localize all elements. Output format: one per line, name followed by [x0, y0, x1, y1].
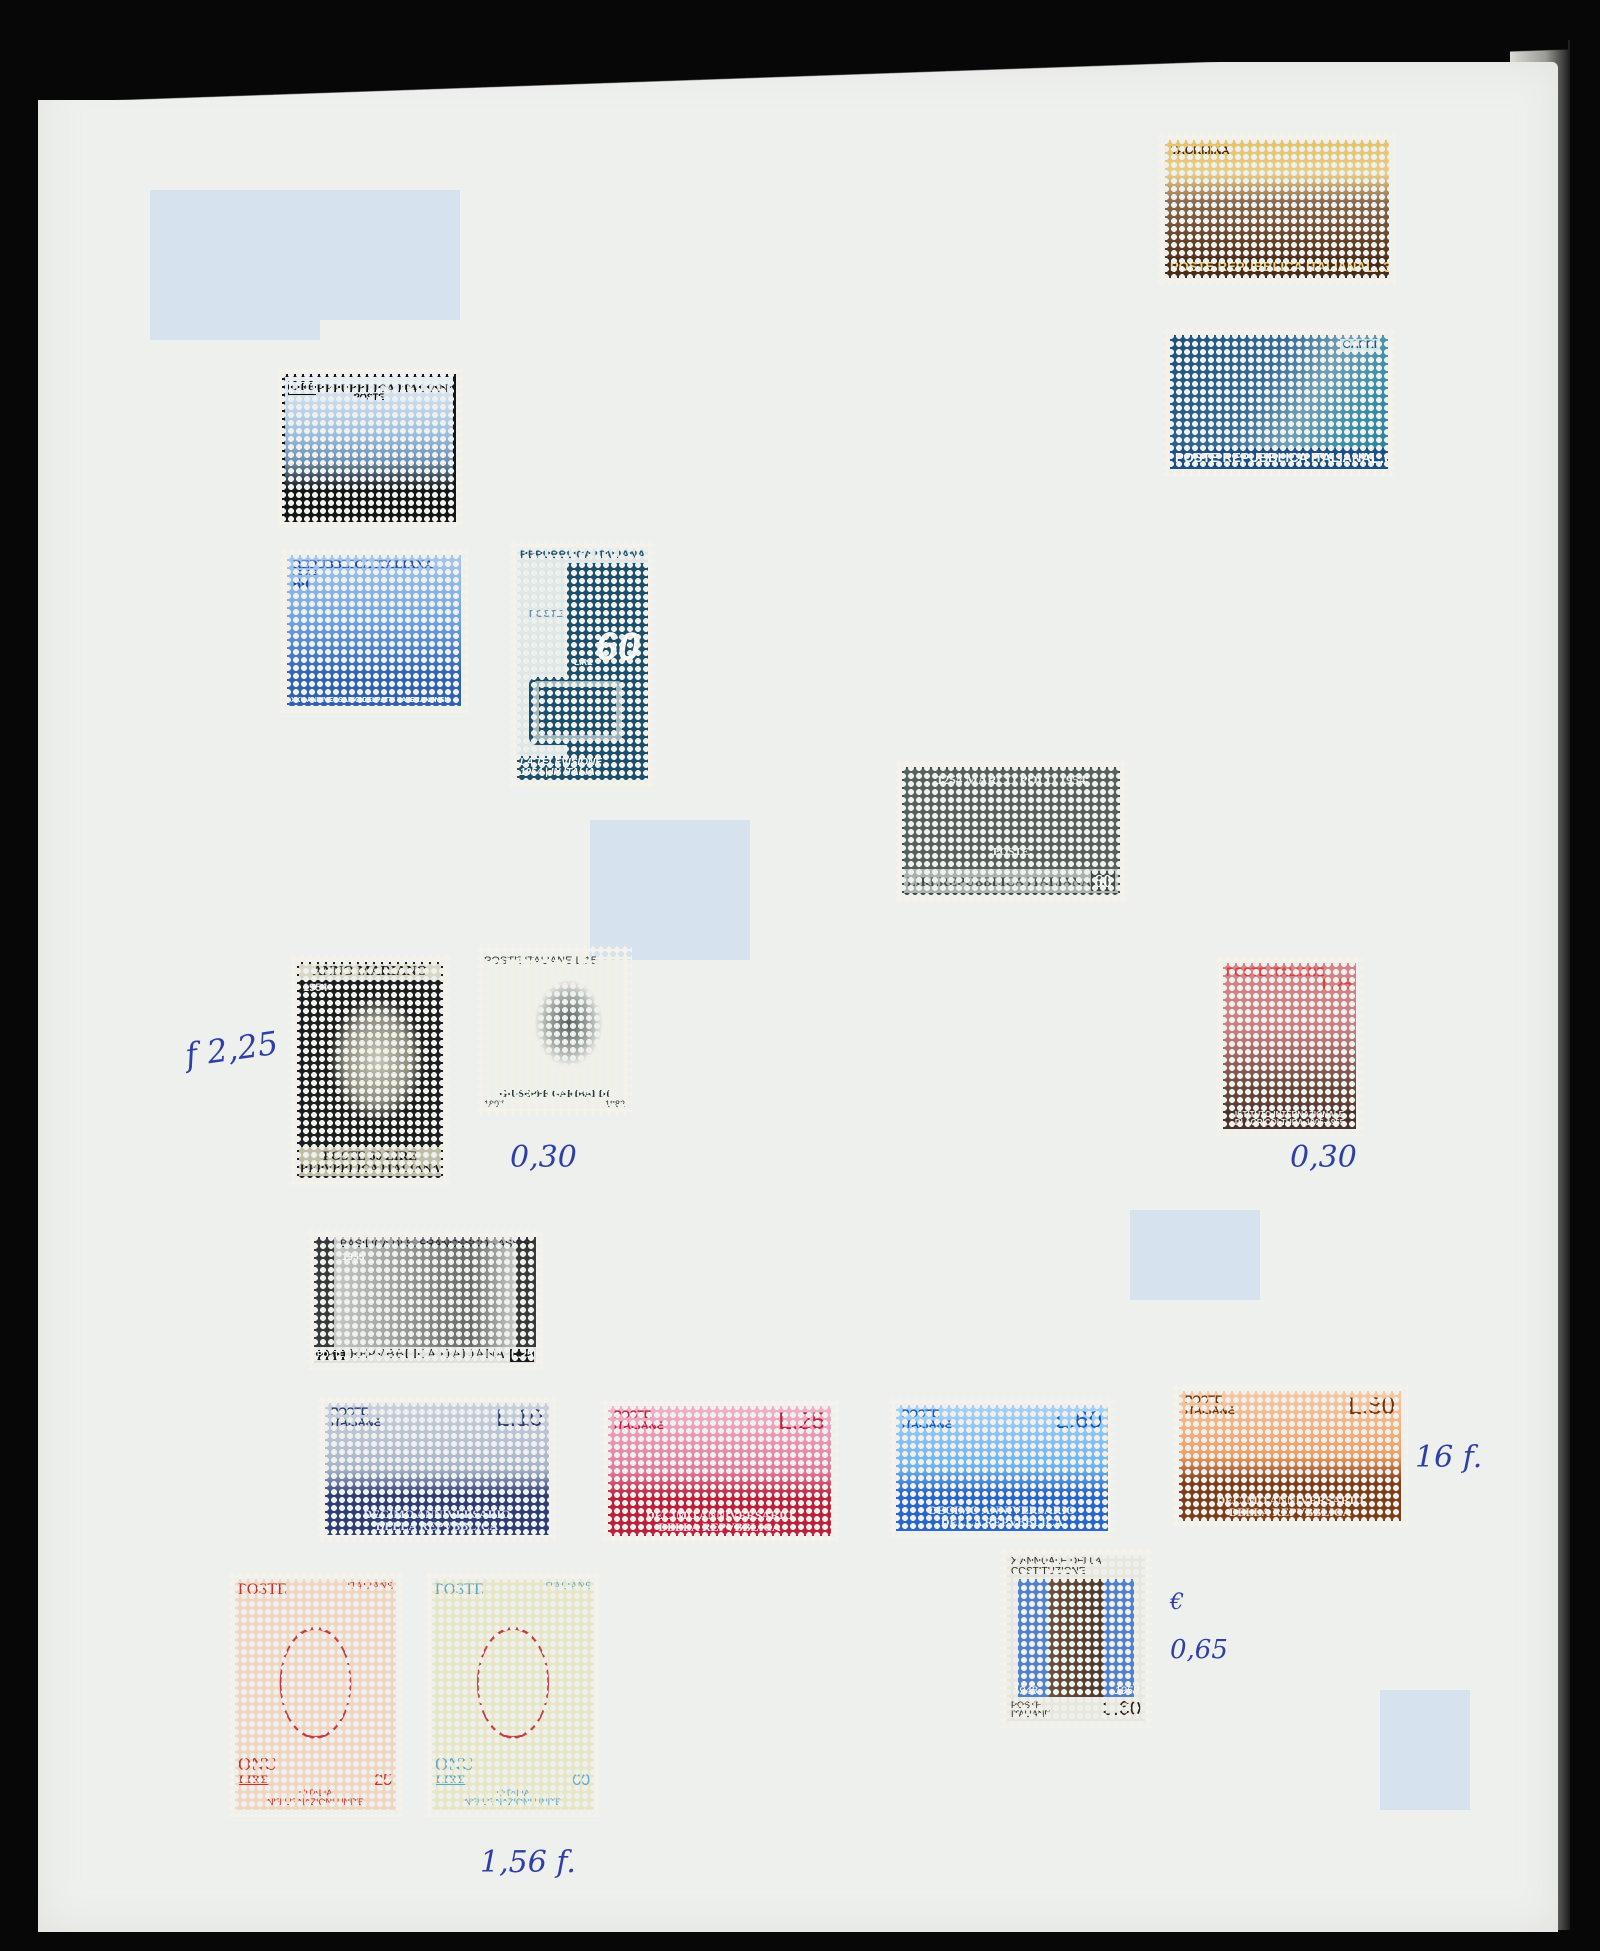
stamp-country: POSTE ITALIANE	[614, 1410, 669, 1434]
stamp-year: 1882	[605, 1100, 625, 1109]
stamp-year: 1948	[1013, 1686, 1037, 1697]
handwritten-price-note: 0,30	[510, 1140, 577, 1175]
stamp-year: 1958	[1115, 1686, 1139, 1697]
stamp-country: ITALIANE	[545, 1582, 591, 1598]
stamp-televisione[interactable]: REPUBBLICA ITALIANA POSTE LIRE 60 LA TEL…	[510, 541, 655, 787]
stamp-assisi[interactable]: BASILICA DI S. FRANCESCO - ASSISI 1955 P…	[307, 1230, 543, 1370]
stamp-value: L.25	[510, 1349, 534, 1362]
stamp-year: 1807	[484, 1100, 504, 1109]
stamp-decimo-anniversario-60[interactable]: POSTE ITALIANE L.60 DECIMO ANNIVERSARIO …	[889, 1398, 1115, 1538]
stamp-title: ANNO MARIANO	[299, 964, 441, 980]
stamp-caption: DELLA REPVBBLICA	[658, 1521, 780, 1533]
stamp-country: REPVBBLICA ITALIANA	[300, 1162, 440, 1174]
stamp-caption: XXV ANNIVERSARIO DEI PATTI LATERANENSI	[287, 695, 461, 706]
stamp-country: ITALIANE	[347, 1582, 393, 1598]
stamp-caption: DELLA REPVBBLICA	[1229, 1506, 1351, 1518]
stamp-unit: LIRE	[574, 659, 592, 667]
stamp-org: ONU	[238, 1755, 396, 1773]
stamp-subtext: POSTE	[529, 610, 648, 620]
stamp-unit: LIRE	[907, 875, 939, 888]
stamp-subtext: POSTE	[293, 570, 461, 577]
stamp-unit: POSTE	[316, 1350, 345, 1360]
ghost-mark	[150, 190, 320, 340]
page-top-shadow	[38, 40, 1568, 100]
stamp-country: POSTE REPUBBLICA ITALIANA	[1175, 451, 1371, 466]
stamp-decimo-anniversario-10[interactable]: POSTE ITALIANE L.10 DECIMO ANNIVERSARIO …	[318, 1396, 556, 1542]
stamp-country: REPVBBLICA ITALIANA	[350, 1348, 506, 1362]
stamp-name: GIUSEPPE GARIBALDI	[499, 1090, 609, 1100]
stamp-country: POSTE ITALIANE L.15	[484, 956, 625, 967]
stamp-decimo-anniversario-25[interactable]: POSTE ITALIANE L.25 DECIMO ANNIVERSARIO …	[601, 1399, 838, 1543]
stamp-capri[interactable]: CAPRI POSTE REPUBBLICA ITALIANA L.60	[1163, 328, 1395, 476]
stamp-value: L. 35	[1366, 260, 1389, 275]
stamp-country: REPUBBLICA ITALIANA	[316, 382, 456, 394]
handwritten-currency-mark: €	[1170, 1590, 1184, 1615]
stamp-value: L.60	[1102, 1699, 1141, 1719]
stamp-caption: DI AGRICOLTURA·1905·1955	[1235, 1119, 1344, 1127]
handwritten-price-note: 1,56 f.	[480, 1845, 576, 1880]
stamp-value: L.10	[496, 1407, 543, 1431]
stamp-country: REPUBBLICA ITALIANA	[939, 875, 1091, 888]
stamp-year: 1955	[342, 1253, 536, 1263]
stamp-patti-lateranensi[interactable]: REPUBBLICA ITALIANA POSTE 60 XXV ANNIVER…	[280, 548, 468, 713]
ghost-mark	[590, 820, 750, 960]
stamp-value: 60	[293, 577, 461, 593]
stamp-value: 60	[572, 1773, 590, 1789]
stamp-country: POSTE REPUBBLICA ITALIANA	[1170, 260, 1366, 275]
stamp-repubblica-60-airplane[interactable]: LIRE REPUBBLICA ITALIANA 60 POSTE	[275, 367, 463, 529]
stamp-value: 60	[596, 627, 641, 667]
stamp-country: REPUBBLICA ITALIANA	[293, 558, 461, 570]
stamp-caption: NELLE NAZIONI UNITE	[267, 1798, 364, 1807]
stamp-caption: CAPRI	[1340, 339, 1380, 352]
stamp-value: L.25	[1322, 977, 1352, 992]
stamp-title: COSTITUZIONE	[1011, 1567, 1141, 1577]
stamp-country: POSTE ITALIANE	[331, 1407, 386, 1431]
stamp-unit: LIRE	[239, 1773, 268, 1789]
handwritten-price-note: 0,65	[1170, 1635, 1228, 1665]
ghost-mark	[1130, 1210, 1260, 1300]
stamp-garibaldi[interactable]: POSTE ITALIANE L.15 GIUSEPPE GARIBALDI 1…	[477, 946, 632, 1116]
tv-screen	[529, 677, 626, 745]
stamp-agricoltura[interactable]: POSTE ITALIANE L.25 ISTITUTO INTERNAZION…	[1216, 956, 1363, 1136]
stamp-caption: DELLA REPVBBLICA	[376, 1520, 498, 1532]
stamp-caption: TAORMINA	[1171, 146, 1389, 157]
stamp-title: BASILICA DI S. FRANCESCO - ASSISI	[340, 1239, 536, 1250]
stamp-unit: LIRE	[288, 381, 316, 395]
stamp-country: POSTE	[435, 1582, 484, 1598]
stamp-country: POSTE	[238, 1582, 287, 1598]
stamp-country: REPUBBLICA ITALIANA	[517, 548, 648, 563]
stamp-caption: DELLA REPVBBLICA	[941, 1516, 1063, 1528]
ghost-mark	[1380, 1690, 1470, 1810]
stamp-country: POSTE ITALIANE	[1011, 1701, 1061, 1719]
handwritten-price-note: 16 f.	[1415, 1440, 1482, 1475]
stamp-org: ONU	[435, 1755, 594, 1773]
stamp-value: L.80	[1348, 1395, 1395, 1419]
stamp-decimo-anniversario-80[interactable]: POSTE ITALIANE L.80 DECIMO ANNIVERSARIO …	[1172, 1384, 1408, 1528]
stamp-onu-60[interactable]: POSTE ITALIANE ONU LIRE 60 L'ITALIA NELL…	[425, 1572, 601, 1817]
stamp-costituzione[interactable]: X ANNUALE DELLA COSTITUZIONE 1948 1958 P…	[1000, 1548, 1152, 1728]
stamp-marco-polo[interactable]: 1254 MARCO POLO 1954 POSTE LIRE REPUBBLI…	[895, 760, 1127, 902]
stamp-country: POSTE ITALIANE	[1185, 1395, 1240, 1419]
stamp-subtext: POSTE	[993, 847, 1029, 858]
stamp-caption: 1954 | IN ITALIA	[520, 768, 645, 778]
stamp-subtext: POSTE	[354, 393, 385, 402]
stamp-title: 1254 MARCO POLO 1954	[936, 773, 1085, 786]
handwritten-price-note: 0,30	[1290, 1140, 1357, 1175]
stamp-value: L.25	[778, 1410, 825, 1434]
stamp-unit: LIRE	[436, 1773, 465, 1789]
stamp-taormina[interactable]: TAORMINA POSTE REPUBBLICA ITALIANA L. 35	[1158, 133, 1396, 285]
stamp-country: POSTE ITALIANE	[1226, 966, 1324, 978]
stamp-country: POSTE ITALIANE	[902, 1409, 957, 1433]
ghost-mark	[320, 190, 460, 320]
stamp-value: L.60	[1371, 451, 1388, 466]
stamp-value: L.60	[1055, 1409, 1102, 1433]
stamp-value: 60	[1091, 871, 1115, 891]
stamp-value: 25	[374, 1773, 392, 1789]
stamp-caption: NELLE NAZIONI UNITE	[464, 1798, 561, 1807]
stamp-onu-25[interactable]: POSTE ITALIANE ONU LIRE 25 L'ITALIA NELL…	[228, 1572, 403, 1817]
stamp-year: 1954	[303, 983, 441, 994]
stamp-anno-mariano[interactable]: ANNO MARIANO 1954 POSTE 60 LIRE REPVBBLI…	[290, 955, 450, 1185]
